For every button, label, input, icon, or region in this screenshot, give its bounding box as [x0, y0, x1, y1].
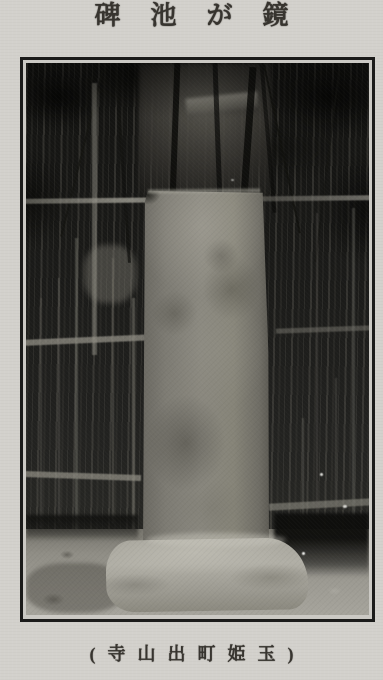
photo-speck	[320, 473, 323, 476]
stone-stele	[143, 191, 269, 551]
stele-base-stone	[105, 537, 308, 613]
bamboo-streak	[132, 298, 135, 538]
photo-speck	[343, 505, 347, 508]
photo-speck	[302, 552, 305, 555]
book-page: 碑池が鏡	[0, 0, 383, 680]
bamboo-streak	[75, 238, 78, 543]
bamboo-streak	[112, 258, 114, 523]
bamboo-streak	[316, 213, 318, 553]
photo-caption: (寺山出町姫玉)	[0, 640, 383, 666]
photo-frame	[20, 57, 375, 622]
bamboo-streak	[92, 83, 97, 355]
bamboo-streak	[58, 278, 60, 523]
photo-speck	[231, 179, 234, 181]
page-title: 碑池が鏡	[0, 0, 383, 33]
bamboo-streak	[352, 208, 355, 563]
monument-photo	[26, 63, 369, 615]
fence-base-shadow-left	[26, 515, 138, 541]
bamboo-streak	[40, 298, 42, 528]
base-top-highlight	[146, 533, 286, 547]
